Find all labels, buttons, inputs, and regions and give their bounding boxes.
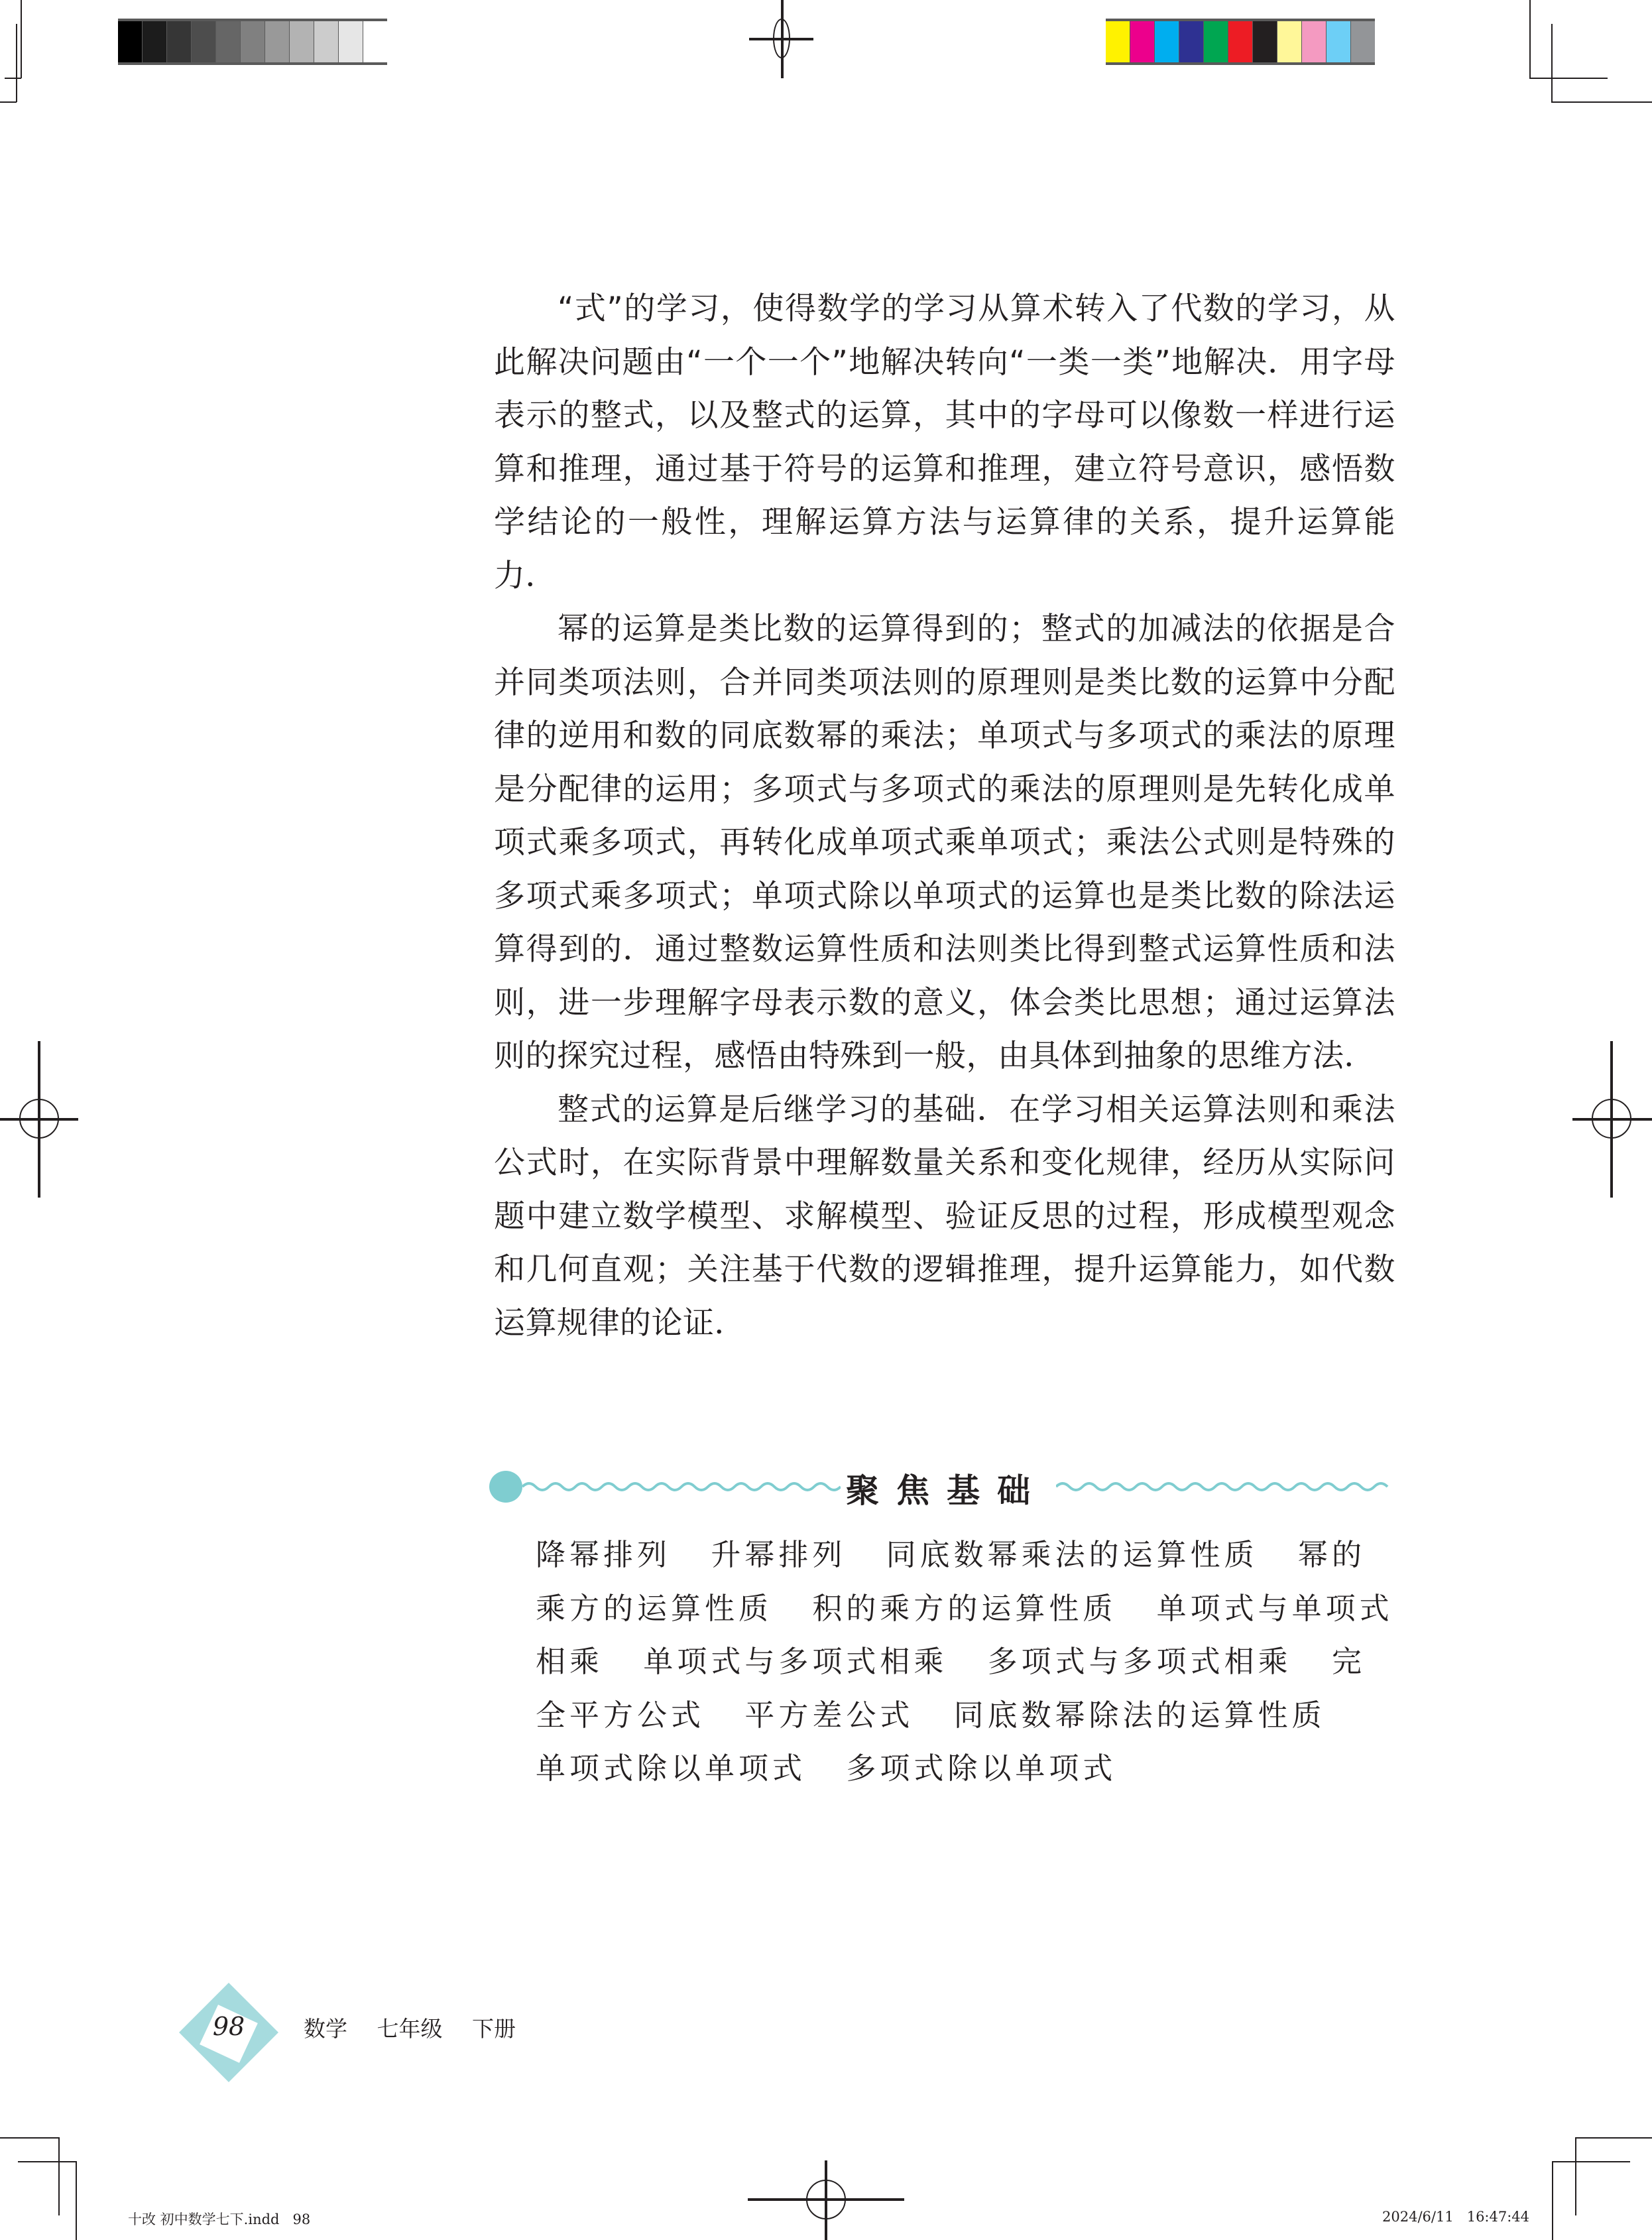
process-swatch bbox=[1204, 21, 1228, 62]
grayscale-swatch bbox=[314, 21, 338, 62]
process-swatch bbox=[1155, 21, 1179, 62]
focus-term: 同底数幂乘法的运算性质 bbox=[886, 1537, 1258, 1572]
focus-term: 积的乘方的运算性质 bbox=[812, 1591, 1116, 1626]
grayscale-color-bar bbox=[118, 19, 387, 65]
focus-term: 单项式除以单项式 bbox=[536, 1751, 806, 1786]
focus-term: 升幂排列 bbox=[711, 1537, 846, 1572]
grayscale-swatch bbox=[192, 21, 215, 62]
process-swatch bbox=[1277, 21, 1301, 62]
focus-term: 同底数幂除法的运算性质 bbox=[954, 1698, 1326, 1733]
focus-section-header: 聚焦基础 bbox=[489, 1468, 1394, 1505]
grayscale-swatch bbox=[143, 21, 166, 62]
slug-file-name: 十改 初中数学七下.indd 98 bbox=[128, 2209, 310, 2229]
registration-mark-top bbox=[749, 0, 815, 78]
wave-divider-right-icon bbox=[1056, 1480, 1394, 1493]
focus-term: 多项式除以单项式 bbox=[846, 1751, 1116, 1786]
book-grade: 七年级 bbox=[377, 2016, 443, 2042]
grayscale-swatch bbox=[363, 21, 387, 62]
process-swatch bbox=[1327, 21, 1350, 62]
body-text: “式”的学习，使得数学的学习从算术转入了代数的学习，从此解决问题由“一个一个”地… bbox=[494, 282, 1395, 1350]
grayscale-swatch bbox=[241, 21, 265, 62]
wave-divider-left-icon bbox=[522, 1480, 841, 1493]
process-swatch bbox=[1130, 21, 1154, 62]
focus-term: 多项式与多项式相乘 bbox=[988, 1644, 1292, 1679]
process-swatch bbox=[1351, 21, 1375, 62]
book-title: 数学 七年级 下册 bbox=[304, 2012, 538, 2043]
book-subject: 数学 bbox=[304, 2016, 347, 2042]
focus-term: 平方差公式 bbox=[744, 1698, 914, 1733]
paragraph-3: 整式的运算是后继学习的基础．在学习相关运算法则和乘法公式时，在实际背景中理解数量… bbox=[494, 1084, 1395, 1351]
focus-term: 降幂排列 bbox=[536, 1537, 671, 1572]
grayscale-swatch bbox=[339, 21, 363, 62]
focus-term: 单项式与多项式相乘 bbox=[643, 1644, 947, 1679]
registration-mark-left bbox=[0, 1041, 80, 1200]
process-swatch bbox=[1253, 21, 1277, 62]
paragraph-2: 幂的运算是类比数的运算得到的；整式的加减法的依据是合并同类项法则，合并同类项法则… bbox=[494, 603, 1395, 1084]
process-swatch bbox=[1106, 21, 1130, 62]
grayscale-swatch bbox=[216, 21, 240, 62]
process-swatch bbox=[1228, 21, 1252, 62]
registration-mark-right bbox=[1572, 1041, 1652, 1200]
process-swatch bbox=[1179, 21, 1203, 62]
grayscale-swatch bbox=[167, 21, 191, 62]
process-color-bar bbox=[1106, 19, 1375, 65]
paragraph-1: “式”的学习，使得数学的学习从算术转入了代数的学习，从此解决问题由“一个一个”地… bbox=[494, 282, 1395, 603]
registration-mark-bottom bbox=[748, 2160, 907, 2240]
focus-section-title: 聚焦基础 bbox=[841, 1464, 1053, 1512]
book-volume: 下册 bbox=[472, 2016, 516, 2042]
slug-timestamp: 2024/6/11 16:47:44 bbox=[1382, 2209, 1529, 2225]
page-number: 98 bbox=[179, 2012, 278, 2041]
grayscale-swatch bbox=[118, 21, 142, 62]
grayscale-swatch bbox=[265, 21, 289, 62]
focus-terms-list: 降幂排列 升幂排列 同底数幂乘法的运算性质 幂的乘方的运算性质 积的乘方的运算性… bbox=[536, 1528, 1394, 1796]
circle-bullet-icon bbox=[489, 1471, 522, 1503]
process-swatch bbox=[1302, 21, 1326, 62]
page-number-badge: 98 bbox=[179, 1983, 278, 2082]
grayscale-swatch bbox=[290, 21, 314, 62]
